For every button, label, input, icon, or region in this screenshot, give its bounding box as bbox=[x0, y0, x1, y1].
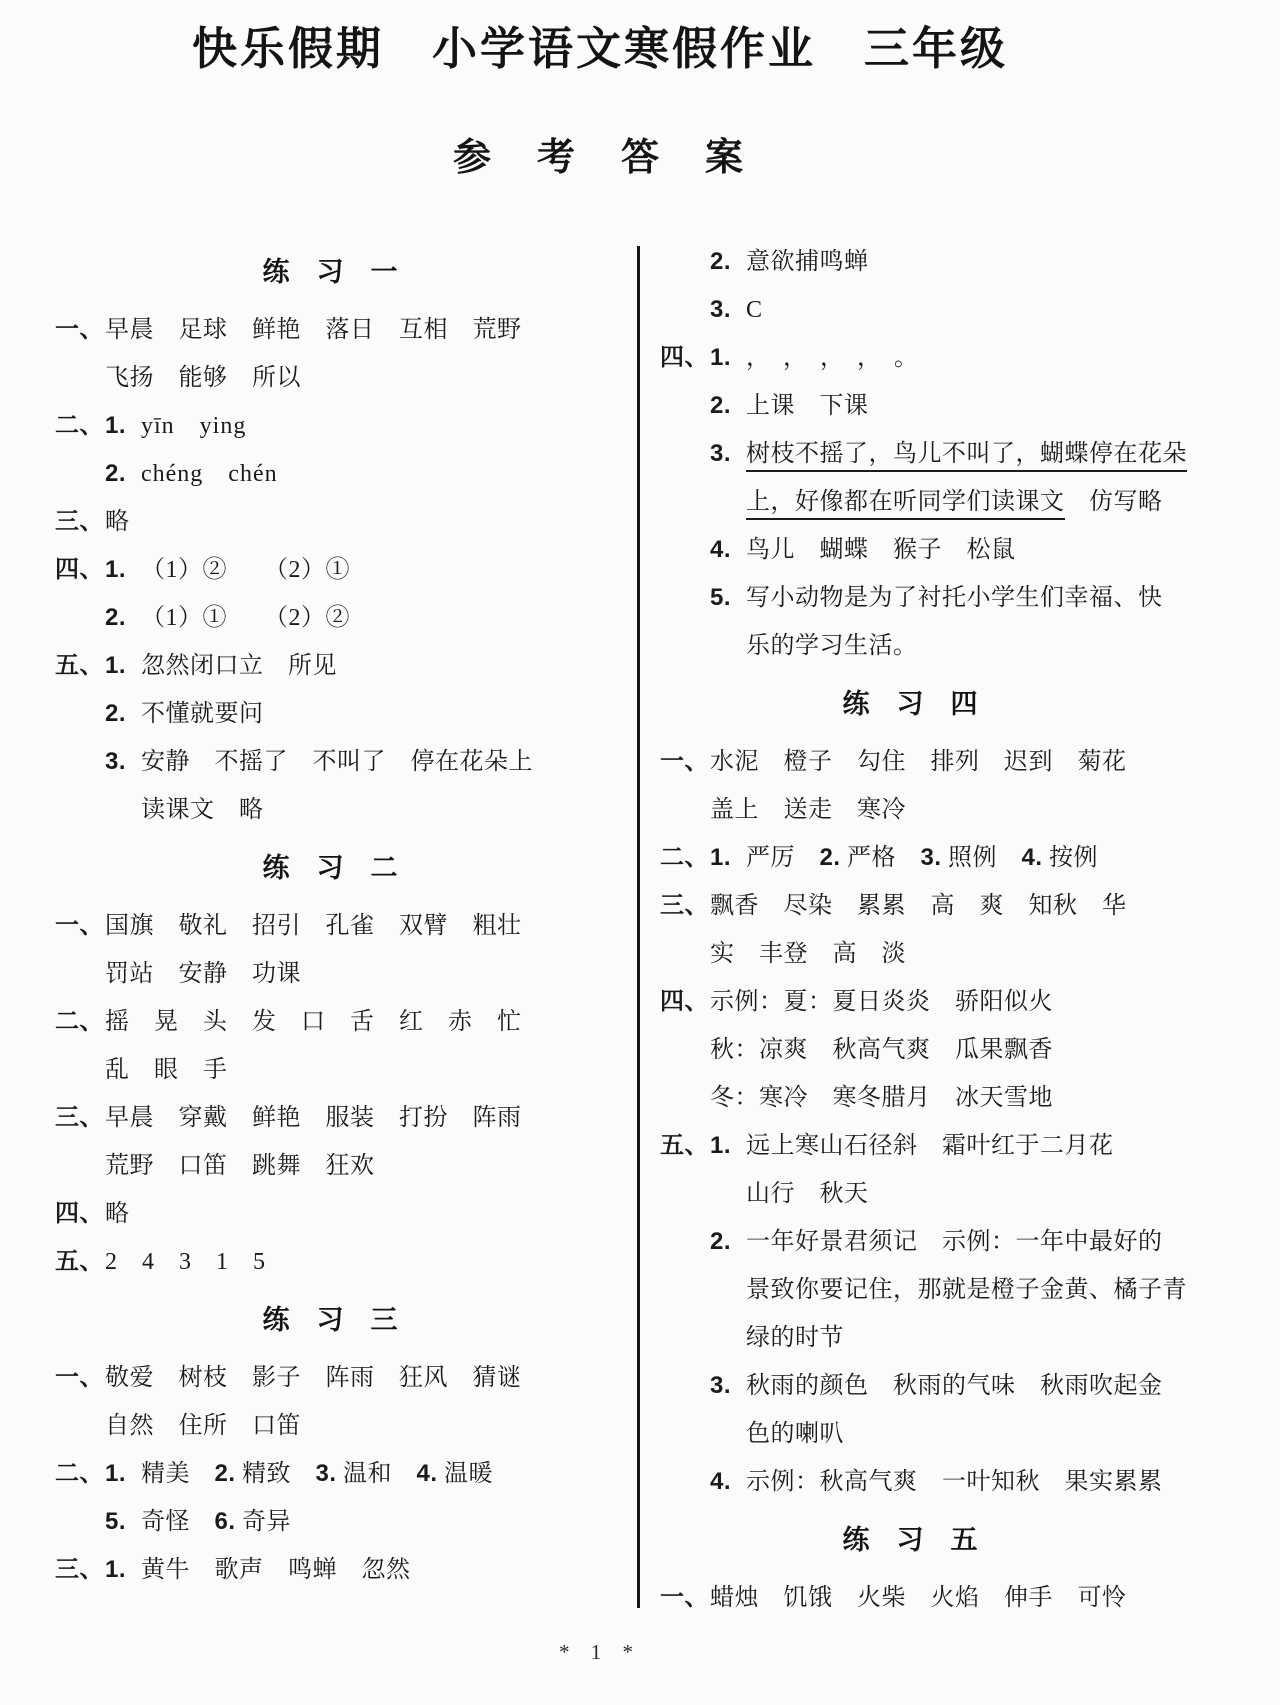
answer-text: 温和 bbox=[337, 1461, 417, 1487]
section-label: 三、 bbox=[55, 1094, 105, 1142]
answer-line: 一、水泥 橙子 勾住 排列 迟到 菊花 bbox=[660, 738, 1160, 786]
answer-text: 乱 眼 手 bbox=[105, 1057, 228, 1083]
exercise-heading: 练 习 四 bbox=[660, 680, 1160, 728]
answer-text: 安静 不摇了 不叫了 停在花朵上 bbox=[141, 749, 533, 775]
section-label: 一、 bbox=[660, 1574, 710, 1622]
answer-text: 绿的时节 bbox=[746, 1325, 844, 1351]
answer-line: 秋：凉爽 秋高气爽 瓜果飘香 bbox=[660, 1026, 1160, 1074]
item-number: 1. bbox=[105, 402, 141, 450]
section-label: 四、 bbox=[660, 334, 710, 382]
answer-text: 鸟儿 蝴蝶 猴子 松鼠 bbox=[746, 537, 1016, 563]
answer-text: 景致你要记住，那就是橙子金黄、橘子青 bbox=[746, 1277, 1187, 1303]
answer-text: 温暖 bbox=[438, 1461, 494, 1487]
section-label: 一、 bbox=[660, 738, 710, 786]
answer-text: 忽然闭口立 所见 bbox=[141, 653, 337, 679]
item-number: 1. bbox=[710, 334, 746, 382]
item-number: 1. bbox=[105, 1450, 141, 1498]
answer-text: 水泥 橙子 勾住 排列 迟到 菊花 bbox=[710, 749, 1127, 775]
answer-text: 敬爱 树枝 影子 阵雨 狂风 猜谜 bbox=[105, 1365, 522, 1391]
answer-text: 早晨 足球 鲜艳 落日 互相 荒野 bbox=[105, 317, 522, 343]
answer-line: 2.一年好景君须记 示例：一年中最好的 bbox=[660, 1218, 1160, 1266]
item-number: 2. bbox=[105, 450, 141, 498]
answer-line: 3.秋雨的颜色 秋雨的气味 秋雨吹起金 bbox=[660, 1362, 1160, 1410]
answer-text: 上课 下课 bbox=[746, 393, 869, 419]
answer-text: 秋雨的颜色 秋雨的气味 秋雨吹起金 bbox=[746, 1373, 1163, 1399]
answer-line: 四、1.（1）② （2）① bbox=[55, 546, 605, 594]
answer-line: 2.上课 下课 bbox=[660, 382, 1160, 430]
answer-line: 飞扬 能够 所以 bbox=[55, 354, 605, 402]
answer-line: 2.chéng chén bbox=[55, 450, 605, 498]
item-number: 2. bbox=[105, 594, 141, 642]
answer-text: 荒野 口笛 跳舞 狂欢 bbox=[105, 1153, 375, 1179]
section-label: 二、 bbox=[55, 1450, 105, 1498]
answer-line: 四、略 bbox=[55, 1190, 605, 1238]
section-label: 二、 bbox=[660, 834, 710, 882]
answer-text: 严格 bbox=[841, 845, 921, 871]
item-number: 1. bbox=[710, 834, 746, 882]
answer-text: 早晨 穿戴 鲜艳 服装 打扮 阵雨 bbox=[105, 1105, 522, 1131]
answer-line: 二、1.精美 2. 精致 3. 温和 4. 温暖 bbox=[55, 1450, 605, 1498]
answer-text: 黄牛 歌声 鸣蝉 忽然 bbox=[141, 1557, 411, 1583]
answer-text: （1）② （2）① bbox=[141, 557, 350, 583]
section-label: 二、 bbox=[55, 998, 105, 1046]
answer-text: 写小动物是为了衬托小学生们幸福、快 bbox=[746, 585, 1163, 611]
answer-line: 三、飘香 尽染 累累 高 爽 知秋 华 bbox=[660, 882, 1160, 930]
content: 练 习 一一、早晨 足球 鲜艳 落日 互相 荒野飞扬 能够 所以二、1.yīn … bbox=[55, 238, 1160, 1622]
answer-line: 五、1.远上寒山石径斜 霜叶红于二月花 bbox=[660, 1122, 1160, 1170]
answer-line: 乐的学习生活。 bbox=[660, 622, 1160, 670]
answer-text: 飘香 尽染 累累 高 爽 知秋 华 bbox=[710, 893, 1127, 919]
item-number: 1. bbox=[710, 1122, 746, 1170]
section-label: 二、 bbox=[55, 402, 105, 450]
answer-line: 二、摇 晃 头 发 口 舌 红 赤 忙 bbox=[55, 998, 605, 1046]
section-label: 三、 bbox=[55, 498, 105, 546]
item-number: 2. bbox=[710, 382, 746, 430]
exercise-heading: 练 习 五 bbox=[660, 1516, 1160, 1564]
answer-line: 上，好像都在听同学们读课文 仿写略 bbox=[660, 478, 1160, 526]
answer-text: 不懂就要问 bbox=[141, 701, 264, 727]
answer-text: 飞扬 能够 所以 bbox=[105, 365, 301, 391]
answer-text: 盖上 送走 寒冷 bbox=[710, 797, 906, 823]
answer-text: 2 4 3 1 5 bbox=[105, 1249, 266, 1275]
answer-text: 略 bbox=[105, 1201, 130, 1227]
answer-text: 6. bbox=[215, 1508, 236, 1535]
answer-line: 荒野 口笛 跳舞 狂欢 bbox=[55, 1142, 605, 1190]
answer-text: 远上寒山石径斜 霜叶红于二月花 bbox=[746, 1133, 1114, 1159]
item-number: 1. bbox=[105, 546, 141, 594]
answer-text: 精致 bbox=[236, 1461, 316, 1487]
section-label: 三、 bbox=[55, 1546, 105, 1594]
page-subtitle: 参 考 答 案 bbox=[0, 126, 1200, 181]
answer-line: 三、1.黄牛 歌声 鸣蝉 忽然 bbox=[55, 1546, 605, 1594]
answer-text: 摇 晃 头 发 口 舌 红 赤 忙 bbox=[105, 1009, 522, 1035]
item-number: 1. bbox=[105, 1546, 141, 1594]
answer-text: 读课文 略 bbox=[141, 797, 264, 823]
section-label: 四、 bbox=[55, 546, 105, 594]
answer-text: 奇怪 bbox=[141, 1509, 215, 1535]
exercise-heading: 练 习 三 bbox=[55, 1296, 605, 1344]
answer-line: 三、略 bbox=[55, 498, 605, 546]
answer-line: 3.C bbox=[660, 286, 1160, 334]
item-number: 1. bbox=[105, 642, 141, 690]
section-label: 一、 bbox=[55, 902, 105, 950]
answer-line: 5.奇怪 6. 奇异 bbox=[55, 1498, 605, 1546]
answer-line: 3.树枝不摇了，鸟儿不叫了，蝴蝶停在花朵 bbox=[660, 430, 1160, 478]
answer-line: 一、国旗 敬礼 招引 孔雀 双臂 粗壮 bbox=[55, 902, 605, 950]
pinyin-text: chéng chén bbox=[141, 461, 278, 487]
item-number: 4. bbox=[710, 526, 746, 574]
answer-text: 严厉 bbox=[746, 845, 820, 871]
answer-text: 意欲捕鸣蝉 bbox=[746, 249, 869, 275]
section-label: 五、 bbox=[660, 1122, 710, 1170]
item-number: 5. bbox=[710, 574, 746, 622]
answer-line: 自然 住所 口笛 bbox=[55, 1402, 605, 1450]
answer-line: 一、早晨 足球 鲜艳 落日 互相 荒野 bbox=[55, 306, 605, 354]
answer-line: 2.不懂就要问 bbox=[55, 690, 605, 738]
answer-line: 2.（1）① （2）② bbox=[55, 594, 605, 642]
answer-line: 罚站 安静 功课 bbox=[55, 950, 605, 998]
right-column: 2.意欲捕鸣蝉3.C四、1.， ， ， ， 。2.上课 下课3.树枝不摇了，鸟儿… bbox=[640, 238, 1160, 1622]
section-label: 三、 bbox=[660, 882, 710, 930]
answer-underlined: 树枝不摇了，鸟儿不叫了，蝴蝶停在花朵 bbox=[746, 441, 1187, 472]
answer-text: 实 丰登 高 淡 bbox=[710, 941, 906, 967]
answer-line: 色的喇叭 bbox=[660, 1410, 1160, 1458]
answer-text: 2. bbox=[215, 1460, 236, 1487]
answer-text: 仿写略 bbox=[1065, 489, 1163, 515]
answer-line: 一、敬爱 树枝 影子 阵雨 狂风 猜谜 bbox=[55, 1354, 605, 1402]
answer-text: 国旗 敬礼 招引 孔雀 双臂 粗壮 bbox=[105, 913, 522, 939]
answer-text: 3. bbox=[921, 844, 942, 871]
answer-line: 二、1.严厉 2. 严格 3. 照例 4. 按例 bbox=[660, 834, 1160, 882]
item-number: 2. bbox=[710, 1218, 746, 1266]
answer-text: 精美 bbox=[141, 1461, 215, 1487]
answer-underlined: 上，好像都在听同学们读课文 bbox=[746, 489, 1065, 520]
item-number: 2. bbox=[710, 238, 746, 286]
item-number: 3. bbox=[710, 1362, 746, 1410]
answer-line: 2.意欲捕鸣蝉 bbox=[660, 238, 1160, 286]
item-number: 4. bbox=[710, 1458, 746, 1506]
answer-text: 自然 住所 口笛 bbox=[105, 1413, 301, 1439]
answer-text: （1）① （2）② bbox=[141, 605, 350, 631]
answer-text: 秋：凉爽 秋高气爽 瓜果飘香 bbox=[710, 1037, 1053, 1063]
answer-text: 冬：寒冷 寒冬腊月 冰天雪地 bbox=[710, 1085, 1053, 1111]
answer-text: 2. bbox=[820, 844, 841, 871]
answer-line: 3.安静 不摇了 不叫了 停在花朵上 bbox=[55, 738, 605, 786]
section-label: 五、 bbox=[55, 1238, 105, 1286]
answer-text: 略 bbox=[105, 509, 130, 535]
item-number: 3. bbox=[710, 286, 746, 334]
exercise-heading: 练 习 二 bbox=[55, 844, 605, 892]
answer-text: 奇异 bbox=[236, 1509, 292, 1535]
answer-text: 罚站 安静 功课 bbox=[105, 961, 301, 987]
answer-text: 4. bbox=[417, 1460, 438, 1487]
answer-line: 4.示例：秋高气爽 一叶知秋 果实累累 bbox=[660, 1458, 1160, 1506]
answer-text: 示例：夏：夏日炎炎 骄阳似火 bbox=[710, 989, 1053, 1015]
answer-line: 5.写小动物是为了衬托小学生们幸福、快 bbox=[660, 574, 1160, 622]
answer-line: 二、1.yīn ying bbox=[55, 402, 605, 450]
answer-key-page: 快乐假期 小学语文寒假作业 三年级 参 考 答 案 练 习 一一、早晨 足球 鲜… bbox=[0, 0, 1280, 1705]
answer-text: 乐的学习生活。 bbox=[746, 633, 918, 659]
answer-line: 乱 眼 手 bbox=[55, 1046, 605, 1094]
answer-line: 五、2 4 3 1 5 bbox=[55, 1238, 605, 1286]
answer-text: 4. bbox=[1022, 844, 1043, 871]
answer-text: 蜡烛 饥饿 火柴 火焰 伸手 可怜 bbox=[710, 1585, 1127, 1611]
answer-line: 4.鸟儿 蝴蝶 猴子 松鼠 bbox=[660, 526, 1160, 574]
left-column: 练 习 一一、早晨 足球 鲜艳 落日 互相 荒野飞扬 能够 所以二、1.yīn … bbox=[55, 238, 605, 1594]
answer-text: 一年好景君须记 示例：一年中最好的 bbox=[746, 1229, 1163, 1255]
section-label: 一、 bbox=[55, 1354, 105, 1402]
answer-line: 读课文 略 bbox=[55, 786, 605, 834]
answer-line: 冬：寒冷 寒冬腊月 冰天雪地 bbox=[660, 1074, 1160, 1122]
answer-text: 按例 bbox=[1043, 845, 1099, 871]
section-label: 一、 bbox=[55, 306, 105, 354]
answer-line: 实 丰登 高 淡 bbox=[660, 930, 1160, 978]
section-label: 四、 bbox=[660, 978, 710, 1026]
item-number: 3. bbox=[105, 738, 141, 786]
exercise-heading: 练 习 一 bbox=[55, 248, 605, 296]
answer-line: 绿的时节 bbox=[660, 1314, 1160, 1362]
answer-line: 三、早晨 穿戴 鲜艳 服装 打扮 阵雨 bbox=[55, 1094, 605, 1142]
item-number: 2. bbox=[105, 690, 141, 738]
answer-line: 景致你要记住，那就是橙子金黄、橘子青 bbox=[660, 1266, 1160, 1314]
answer-line: 盖上 送走 寒冷 bbox=[660, 786, 1160, 834]
answer-text: 山行 秋天 bbox=[746, 1181, 869, 1207]
answer-line: 一、蜡烛 饥饿 火柴 火焰 伸手 可怜 bbox=[660, 1574, 1160, 1622]
answer-line: 四、1.， ， ， ， 。 bbox=[660, 334, 1160, 382]
answer-text: 色的喇叭 bbox=[746, 1421, 844, 1447]
section-label: 四、 bbox=[55, 1190, 105, 1238]
pinyin-text: C bbox=[746, 297, 763, 323]
page-title: 快乐假期 小学语文寒假作业 三年级 bbox=[0, 12, 1200, 77]
answer-text: 3. bbox=[316, 1460, 337, 1487]
answer-line: 五、1.忽然闭口立 所见 bbox=[55, 642, 605, 690]
answer-text: ， ， ， ， 。 bbox=[746, 345, 919, 371]
answer-text: 照例 bbox=[942, 845, 1022, 871]
answer-line: 四、示例：夏：夏日炎炎 骄阳似火 bbox=[660, 978, 1160, 1026]
item-number: 3. bbox=[710, 430, 746, 478]
pinyin-text: yīn ying bbox=[141, 413, 246, 439]
section-label: 五、 bbox=[55, 642, 105, 690]
answer-line: 山行 秋天 bbox=[660, 1170, 1160, 1218]
page-number: * 1 * bbox=[0, 1640, 1200, 1665]
item-number: 5. bbox=[105, 1498, 141, 1546]
answer-text: 示例：秋高气爽 一叶知秋 果实累累 bbox=[746, 1469, 1163, 1495]
